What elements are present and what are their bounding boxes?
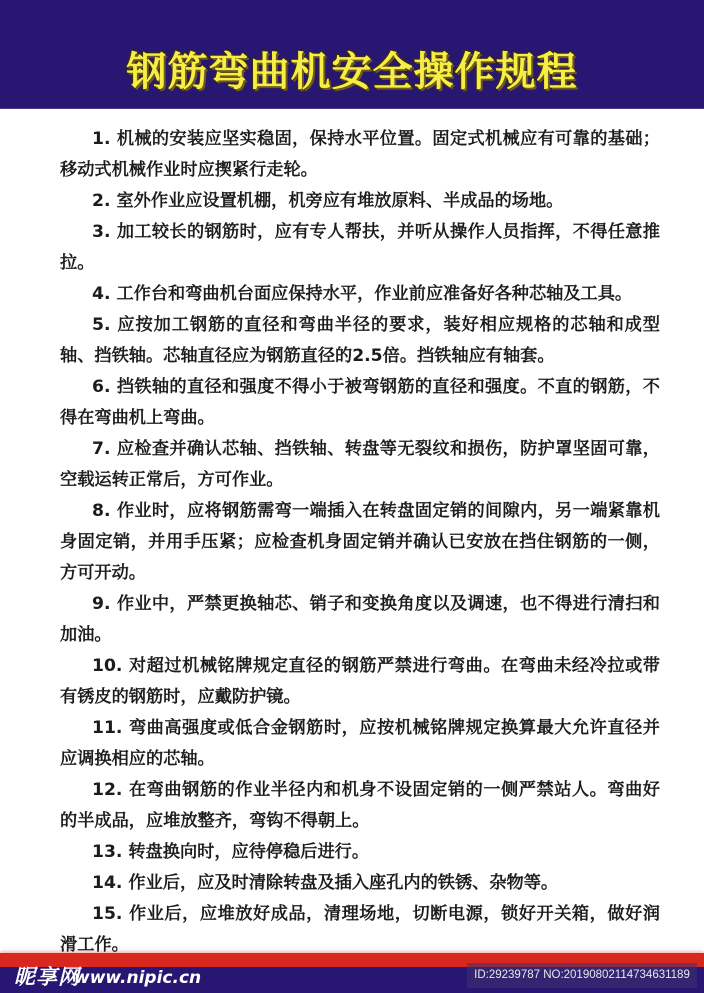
- page-title: 钢筋弯曲机安全操作规程: [0, 44, 704, 100]
- rule-item: 12. 在弯曲钢筋的作业半径内和机身不设固定销的一侧严禁站人。弯曲好的半成品，应…: [60, 775, 660, 837]
- rule-item: 7. 应检查并确认芯轴、挡铁轴、转盘等无裂纹和损伤，防护罩坚固可靠，空载运转正常…: [60, 434, 660, 496]
- rule-item: 14. 作业后，应及时清除转盘及插入座孔内的铁锈、杂物等。: [60, 868, 660, 899]
- rule-item: 1. 机械的安装应坚实稳固，保持水平位置。固定式机械应有可靠的基础；移动式机械作…: [60, 124, 660, 186]
- rule-item: 15. 作业后，应堆放好成品，清理场地，切断电源，锁好开关箱，做好润滑工作。: [60, 899, 660, 961]
- rule-item: 13. 转盘换向时，应待停稳后进行。: [60, 837, 660, 868]
- rule-item: 6. 挡铁轴的直径和强度不得小于被弯钢筋的直径和强度。不直的钢筋，不得在弯曲机上…: [60, 372, 660, 434]
- rule-item: 4. 工作台和弯曲机台面应保持水平，作业前应准备好各种芯轴及工具。: [60, 279, 660, 310]
- rule-item: 9. 作业中，严禁更换轴芯、销子和变换角度以及调速，也不得进行清扫和加油。: [60, 589, 660, 651]
- rule-item: 2. 室外作业应设置机棚，机旁应有堆放原料、半成品的场地。: [60, 186, 660, 217]
- rule-item: 3. 加工较长的钢筋时，应有专人帮扶，并听从操作人员指挥，不得任意推拉。: [60, 217, 660, 279]
- rules-list: 1. 机械的安装应坚实稳固，保持水平位置。固定式机械应有可靠的基础；移动式机械作…: [60, 124, 660, 961]
- watermark-url: www.nipic.cn: [74, 964, 201, 992]
- rule-item: 8. 作业时，应将钢筋需弯一端插入在转盘固定销的间隙内，另一端紧靠机身固定销，并…: [60, 496, 660, 589]
- header-banner: 钢筋弯曲机安全操作规程: [0, 0, 704, 109]
- rule-item: 11. 弯曲高强度或低合金钢筋时，应按机械铭牌规定换算最大允许直径并应调换相应的…: [60, 713, 660, 775]
- rule-item: 10. 对超过机械铭牌规定直径的钢筋严禁进行弯曲。在弯曲未经冷拉或带有锈皮的钢筋…: [60, 651, 660, 713]
- rule-item: 5. 应按加工钢筋的直径和弯曲半径的要求，装好相应规格的芯轴和成型轴、挡铁轴。芯…: [60, 310, 660, 372]
- image-id-label: ID:29239787 NO:20190802114734631189: [467, 963, 697, 988]
- watermark-logo: 昵享网: [14, 962, 80, 992]
